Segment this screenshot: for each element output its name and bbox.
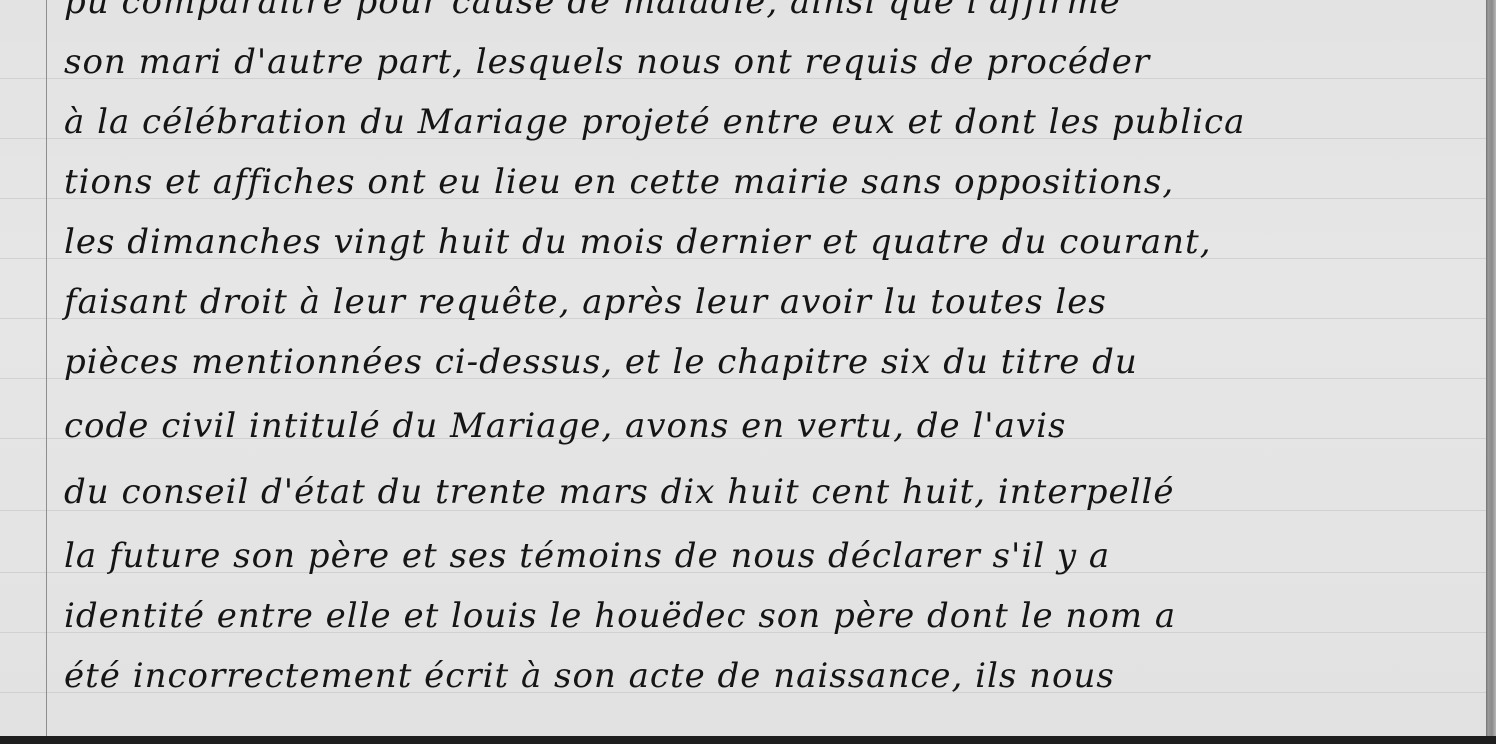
text-line-9: du conseil d'état du trente mars dix hui… bbox=[64, 472, 1474, 532]
scanned-page: pu comparaître pour cause de maladie, ai… bbox=[0, 0, 1496, 736]
text-line-11: identité entre elle et louis le houëdec … bbox=[64, 596, 1474, 656]
text-line-3: à la célébration du Mariage projeté entr… bbox=[64, 102, 1474, 162]
text-line-6: faisant droit à leur requête, après leur… bbox=[64, 282, 1474, 342]
text-line-2: son mari d'autre part, lesquels nous ont… bbox=[64, 42, 1474, 102]
text-line-5: les dimanches vingt huit du mois dernier… bbox=[64, 222, 1474, 282]
text-line-4: tions et affiches ont eu lieu en cette m… bbox=[64, 162, 1474, 222]
text-line-12: été incorrectement écrit à son acte de n… bbox=[64, 656, 1474, 716]
text-line-10: la future son père et ses témoins de nou… bbox=[64, 536, 1474, 596]
text-line-1: pu comparaître pour cause de maladie, ai… bbox=[64, 0, 1474, 42]
viewer-bottom-bar bbox=[0, 736, 1496, 744]
page-edge bbox=[1486, 0, 1496, 736]
text-line-7: pièces mentionnées ci-dessus, et le chap… bbox=[64, 342, 1474, 402]
document-viewer: pu comparaître pour cause de maladie, ai… bbox=[0, 0, 1496, 744]
margin-rule bbox=[46, 0, 47, 736]
text-line-8: code civil intitulé du Mariage, avons en… bbox=[64, 406, 1474, 466]
